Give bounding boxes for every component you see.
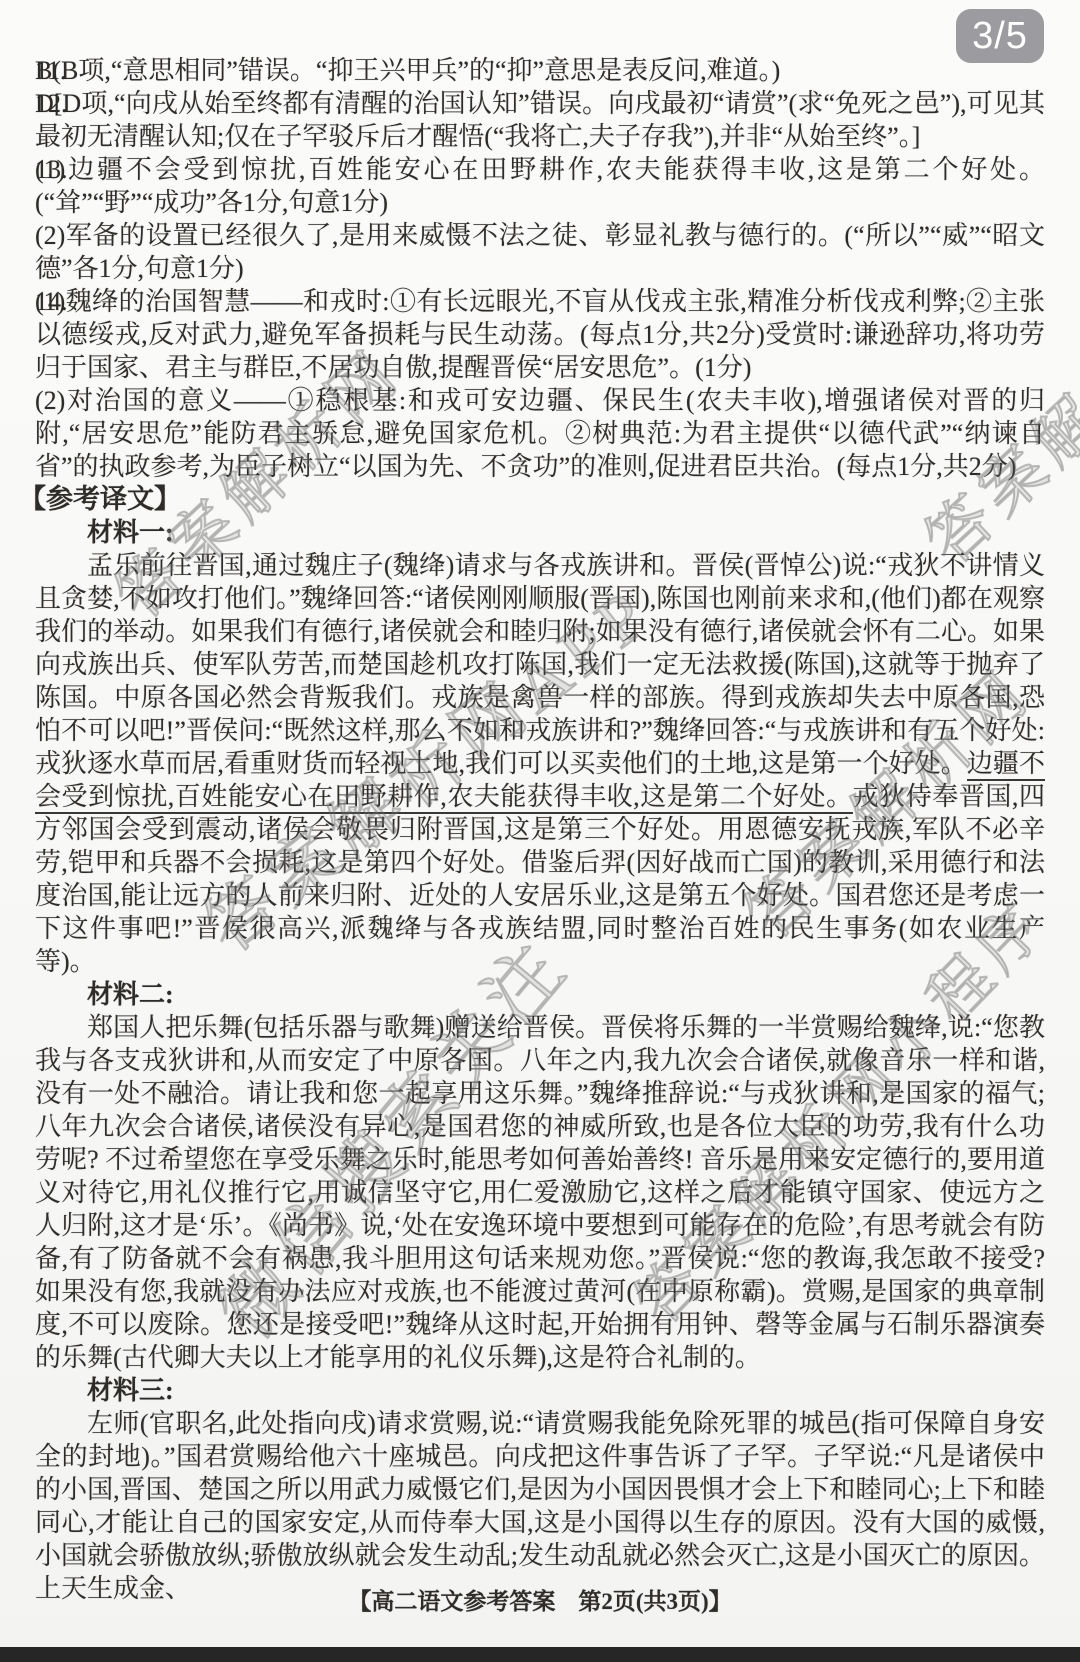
question-number: 14. xyxy=(35,285,68,318)
exam-answer-page: 3/5 答案解析网 答案解析网 答案解析网APP 答案解析网 微信搜索关注 答案… xyxy=(0,0,1080,1662)
bottom-bar xyxy=(0,1647,1080,1662)
answer-text: (2)对治国的意义——①稳根基:和戎可安边疆、保民生(农夫丰收),增强诸侯对晋的… xyxy=(35,386,1045,481)
material-3: 材料三: 左师(官职名,此处指向戌)请求赏赐,说:“请赏赐我能免除死罪的城邑(指… xyxy=(35,1374,1045,1605)
answers-content: 11.B(B项,“意思相同”错误。“抑王兴甲兵”的“抑”意思是表反问,难道。) … xyxy=(0,0,1080,1605)
answer-text: (1)魏绛的治国智慧——和戎时:①有长远眼光,不盲从伐戎主张,精准分析伐戎利弊;… xyxy=(35,287,1045,382)
page-indicator-badge: 3/5 xyxy=(956,9,1044,63)
question-number: 11. xyxy=(35,54,67,87)
material-1-title: 材料一: xyxy=(87,516,1045,549)
material-1-paragraph: 孟乐前往晋国,通过魏庄子(魏绛)请求与各戎族讲和。晋侯(晋悼公)说:“戎狄不讲情… xyxy=(35,549,1045,978)
answer-item-12: 12.D[D项,“向戌从始至终都有清醒的治国认知”错误。向戌最初“请赏”(求“免… xyxy=(35,87,1045,153)
answer-item-13: 13.(1)边疆不会受到惊扰,百姓能安心在田野耕作,农夫能获得丰收,这是第二个好… xyxy=(35,153,1045,285)
question-number: 13. xyxy=(35,153,68,186)
material-1: 材料一: 孟乐前往晋国,通过魏庄子(魏绛)请求与各戎族讲和。晋侯(晋悼公)说:“… xyxy=(35,516,1045,978)
answer-item-11: 11.B(B项,“意思相同”错误。“抑王兴甲兵”的“抑”意思是表反问,难道。) xyxy=(35,54,1045,87)
question-number: 12. xyxy=(35,87,68,120)
material-text: 孟乐前往晋国,通过魏庄子(魏绛)请求与各戎族讲和。晋侯(晋悼公)说:“戎狄不讲情… xyxy=(35,551,1045,778)
answer-part: (2)军备的设置已经很久了,是用来威慑不法之徒、彰显礼教与德行的。(“所以”“威… xyxy=(35,219,1045,285)
material-2: 材料二: 郑国人把乐舞(包括乐器与歌舞)赠送给晋侯。晋侯将乐舞的一半赏赐给魏绛,… xyxy=(35,978,1045,1374)
answer-text: (1)边疆不会受到惊扰,百姓能安心在田野耕作,农夫能获得丰收,这是第二个好处。(… xyxy=(35,155,1045,217)
answer-part: (2)对治国的意义——①稳根基:和戎可安边疆、保民生(农夫丰收),增强诸侯对晋的… xyxy=(35,384,1045,483)
material-2-title: 材料二: xyxy=(87,978,1045,1011)
material-2-paragraph: 郑国人把乐舞(包括乐器与歌舞)赠送给晋侯。晋侯将乐舞的一半赏赐给魏绛,说:“您教… xyxy=(35,1011,1045,1374)
answer-text: (2)军备的设置已经很久了,是用来威慑不法之徒、彰显礼教与德行的。(“所以”“威… xyxy=(35,221,1045,283)
translation-header: 【参考译文】 xyxy=(19,483,1045,516)
answer-part: 14.(1)魏绛的治国智慧——和戎时:①有长远眼光,不盲从伐戎主张,精准分析伐戎… xyxy=(35,285,1045,384)
answer-item-14: 14.(1)魏绛的治国智慧——和戎时:①有长远眼光,不盲从伐戎主张,精准分析伐戎… xyxy=(35,285,1045,483)
answer-text: B(B项,“意思相同”错误。“抑王兴甲兵”的“抑”意思是表反问,难道。) xyxy=(35,56,780,85)
page-footer: 【高二语文参考答案 第2页(共3页)】 xyxy=(0,1583,1080,1616)
material-3-paragraph: 左师(官职名,此处指向戌)请求赏赐,说:“请赏赐我能免除死罪的城邑(指可保障自身… xyxy=(35,1407,1045,1605)
material-3-title: 材料三: xyxy=(87,1374,1045,1407)
answer-text: D[D项,“向戌从始至终都有清醒的治国认知”错误。向戌最初“请赏”(求“免死之邑… xyxy=(35,89,1045,151)
answer-part: 13.(1)边疆不会受到惊扰,百姓能安心在田野耕作,农夫能获得丰收,这是第二个好… xyxy=(35,153,1045,219)
